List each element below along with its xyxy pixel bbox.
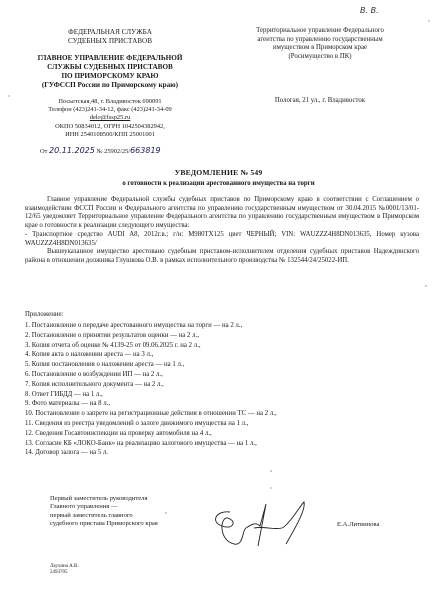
signatory-position: Первый заместитель руководителя Главного…: [50, 495, 200, 529]
handwritten-corner-note: В. В.: [360, 6, 379, 15]
recipient-block: Территориальное управление Федерального …: [235, 27, 405, 61]
scan-speck: [270, 470, 272, 472]
attachments-heading: Приложение:: [25, 311, 63, 318]
attachment-item: 5. Копия постановления о наложении арест…: [25, 360, 425, 370]
attachment-item: 9. Фото материалы — на 8 л.,: [25, 399, 425, 409]
scan-speck: [428, 20, 430, 22]
attachment-item: 12. Сведения Госавтоинспекции на проверк…: [25, 429, 425, 439]
department-short-name: (ГУФССП России по Приморскому краю): [20, 81, 200, 90]
attachment-item: 2. Постановление о принятии результатов …: [25, 331, 425, 341]
recipient-line3: имуществом в Приморском крае: [235, 44, 405, 53]
outgoing-prefix: От: [40, 148, 47, 155]
signatory-line1: Первый заместитель руководителя: [50, 495, 200, 503]
attachment-item: 14. Договор залога — на 5 л.: [25, 448, 425, 458]
attachment-item: 1. Постановление о передаче арестованног…: [25, 321, 425, 331]
handwritten-signature-icon: [208, 500, 313, 548]
sender-email-link[interactable]: delo@fssp25.ru: [20, 114, 200, 122]
service-name-line2: СУДЕБНЫХ ПРИСТАВОВ: [20, 37, 200, 46]
sender-inn: ИНН 2540108500/КПП 25001001: [20, 131, 200, 139]
attachment-item: 4. Копия акта о наложении ареста — на 3 …: [25, 350, 425, 360]
outgoing-date-handwritten: 20.11.2025: [49, 146, 95, 155]
recipient-line2: агентства по управлению государственным: [235, 36, 405, 45]
sender-phone: Телефон (423)241-34-12, факс (423)241-34…: [20, 106, 200, 114]
sender-address: Посьетская,48, г. Владивосток 690091: [20, 98, 200, 106]
recipient-line1: Территориальное управление Федерального: [235, 27, 405, 36]
outgoing-number-label: № 25902/25/: [96, 148, 130, 155]
scan-speck: [8, 95, 10, 97]
department-line2: СЛУЖБЫ СУДЕБНЫХ ПРИСТАВОВ: [20, 63, 200, 72]
executor-phone: 2493705: [50, 570, 79, 576]
attachment-item: 13. Согласие КБ «ЛОКО-Банк» на реализаци…: [25, 439, 425, 449]
document-subtitle: о готовности к реализации арестованного …: [20, 180, 417, 187]
signatory-line4: судебного пристава Приморского края: [50, 520, 200, 528]
signatory-name: Е.А.Литвинова: [337, 521, 379, 528]
outgoing-number-handwritten: 663819: [130, 146, 161, 155]
attachment-item: 3. Копия отчета об оценке № 4139-25 от 0…: [25, 341, 425, 351]
body-paragraph-vehicle: - Транспортное средство AUDI A8, 2012г.в…: [25, 231, 419, 248]
scan-speck: [425, 285, 427, 287]
outgoing-number: От 20.11.2025 № 25902/25/663819: [40, 146, 200, 155]
signatory-line2: Главного управления —: [50, 503, 200, 511]
recipient-address: Пологая, 21 ул., г. Владивосток: [235, 97, 405, 104]
attachment-item: 7. Копия исполнительного документа — на …: [25, 380, 425, 390]
sender-okpo: ОКПО 50834012, ОГРН 1042504382942,: [20, 123, 200, 131]
document-title: УВЕДОМЛЕНИЕ № 549: [20, 168, 417, 177]
document-body: Главное управление Федеральной службы су…: [25, 196, 419, 266]
executor-info: Лаухина А.В. 2493705: [50, 564, 79, 576]
attachment-item: 6. Постановление о возбуждении ИП — на 2…: [25, 370, 425, 380]
recipient-line4: (Росимущество в ПК): [235, 53, 405, 62]
service-name-line1: ФЕДЕРАЛЬНАЯ СЛУЖБА: [20, 28, 200, 37]
signatory-line3: первый заместитель главного: [50, 512, 200, 520]
attachments-list: 1. Постановление о передаче арестованног…: [25, 321, 425, 458]
department-line3: ПО ПРИМОРСКОМУ КРАЮ: [20, 72, 200, 81]
attachment-item: 10. Постановление о запрете на регистрац…: [25, 409, 425, 419]
scan-speck: [270, 487, 272, 489]
sender-header: ФЕДЕРАЛЬНАЯ СЛУЖБА СУДЕБНЫХ ПРИСТАВОВ ГЛ…: [20, 28, 200, 139]
attachment-item: 8. Ответ ГИБДД — на 1 л.,: [25, 390, 425, 400]
scan-speck: [165, 512, 167, 514]
body-paragraph-3: Вышеуказанное имущество арестовано судеб…: [25, 248, 419, 265]
department-line1: ГЛАВНОЕ УПРАВЛЕНИЕ ФЕДЕРАЛЬНОЙ: [20, 54, 200, 63]
body-paragraph-1: Главное управление Федеральной службы су…: [25, 196, 419, 231]
attachment-item: 11. Сведения из реестра уведомлений о за…: [25, 419, 425, 429]
